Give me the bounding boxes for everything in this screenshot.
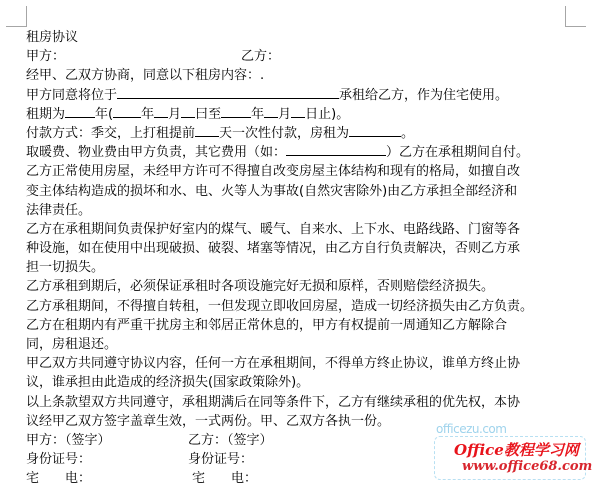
watermark-logo: officezu.com Office教程学习网 www.office68.co… bbox=[432, 422, 590, 482]
clause-line: 乙方在租期内有严重干扰房主和邻居正常休息的，甲方有权提前一周通知乙方解除合 bbox=[26, 316, 571, 335]
term-line: 租期为年(年月曰至年月日止)。 bbox=[26, 105, 571, 124]
term-text: 月 bbox=[278, 107, 291, 122]
clause-line: 乙方承租到期后，必须保证承租时各项设施完好无损和原样，否则赔偿经济损失。 bbox=[26, 277, 571, 296]
clause-compliance: 甲乙双方共同遵守协议内容，任何一方在承租期间，不得单方终止协议，谁单方终止协 议… bbox=[26, 354, 571, 392]
term-text: 月 bbox=[168, 107, 181, 122]
fees-text: ）乙方在承租期间自付。 bbox=[386, 145, 529, 160]
document-title: 租房协议 bbox=[26, 28, 571, 47]
clause-disturbance: 乙方在租期内有严重干扰房主和邻居正常休息的，甲方有权提前一周通知乙方解除合 同，… bbox=[26, 316, 571, 354]
end-day-blank[interactable] bbox=[291, 105, 305, 118]
location-suffix: 承租给乙方，作为住宅使用。 bbox=[339, 88, 508, 103]
clause-line: 乙方正常使用房屋，未经甲方许可不得擅自改变房屋主体结构和现有的格局，如擅自改 bbox=[26, 162, 571, 181]
clause-maintenance: 乙方在承租期间负责保护好室内的煤气、暖气、自来水、上下水、电路线路、门窗等各 种… bbox=[26, 220, 571, 278]
party-a-id: 身份证号： bbox=[26, 452, 91, 467]
term-text: 年( bbox=[95, 107, 113, 122]
clause-sublet: 乙方承租期间，不得擅自转租，一但发现立即收回房屋，造成一切经济损失由乙方负责。 bbox=[26, 297, 571, 316]
document-body[interactable]: 租房协议 甲方： 乙方： 经甲、乙双方协商，同意以下租房内容：. 甲方同意将位于… bbox=[26, 28, 571, 485]
end-month-blank[interactable] bbox=[264, 105, 278, 118]
party-b-phone: 宅 电： bbox=[192, 469, 257, 485]
clause-line: 担一切损失。 bbox=[26, 258, 571, 277]
rent-amount-blank[interactable] bbox=[349, 124, 401, 137]
party-a-label: 甲方： bbox=[26, 49, 65, 64]
page-corner-mark-top-right bbox=[565, 6, 586, 27]
clause-line: 乙方在承租期间负责保护好室内的煤气、暖气、自来水、上下水、电路线路、门窗等各 bbox=[26, 220, 571, 239]
party-b-signature: 乙方：（签字） bbox=[188, 431, 273, 450]
term-text: 日止)。 bbox=[305, 107, 349, 122]
page-corner-mark-top-left bbox=[6, 6, 27, 27]
payment-line: 付款方式：季交，上打租提前天一次性付款，房租为。 bbox=[26, 124, 571, 143]
fees-line: 取暖费、物业费由甲方负责，其它费用（如：）乙方在承租期间自付。 bbox=[26, 143, 571, 162]
end-year-blank[interactable] bbox=[221, 105, 251, 118]
clause-line: 法律责任。 bbox=[26, 201, 571, 220]
clause-expiry: 乙方承租到期后，必须保证承租时各项设施完好无损和原样，否则赔偿经济损失。 bbox=[26, 277, 571, 296]
term-text: 年 bbox=[141, 107, 154, 122]
intro-line: 经甲、乙双方协商，同意以下租房内容：. bbox=[26, 66, 571, 85]
fees-text: 取暖费、物业费由甲方负责，其它费用（如： bbox=[26, 145, 286, 160]
payment-text: 付款方式：季交，上打租提前 bbox=[26, 126, 195, 141]
clause-line: 同，房租退还。 bbox=[26, 335, 571, 354]
clause-line: 乙方承租期间，不得擅自转租，一但发现立即收回房屋，造成一切经济损失由乙方负责。 bbox=[26, 297, 571, 316]
term-text: 年 bbox=[251, 107, 264, 122]
clause-line: 议，谁承担由此造成的经济损失(国家政策除外)。 bbox=[26, 373, 571, 392]
party-line: 甲方： 乙方： bbox=[26, 47, 571, 66]
party-b-id: 身份证号： bbox=[188, 450, 253, 469]
clause-usage: 乙方正常使用房屋，未经甲方许可不得擅自改变房屋主体结构和现有的格局，如擅自改 变… bbox=[26, 162, 571, 220]
location-prefix: 甲方同意将位于 bbox=[26, 88, 117, 103]
watermark-site: officezu.com bbox=[436, 422, 506, 436]
start-year-blank[interactable] bbox=[113, 105, 141, 118]
other-fees-blank[interactable] bbox=[286, 143, 386, 156]
clause-line: 种设施，如在使用中出现破损、破裂、堵塞等情况，由乙方自行负责解决，否则乙方承 bbox=[26, 239, 571, 258]
start-month-blank[interactable] bbox=[154, 105, 168, 118]
party-b-label: 乙方： bbox=[241, 47, 280, 66]
party-a-signature: 甲方：（签字） bbox=[26, 433, 111, 448]
clause-line: 变主体结构造成的损坏和水、电、火等人为事故(自然灾害除外)由乙方承担全部经济和 bbox=[26, 182, 571, 201]
payment-text: 。 bbox=[401, 126, 414, 141]
party-a-phone: 宅 电： bbox=[26, 471, 91, 485]
watermark-brand: Office教程学习网 bbox=[454, 439, 579, 460]
location-blank[interactable] bbox=[117, 86, 339, 99]
clause-line: 以上条款望双方共同遵守，承租期满后在同等条件下，乙方有继续承租的优先权，本协 bbox=[26, 393, 571, 412]
term-text: 曰至 bbox=[195, 107, 221, 122]
term-text: 租期为 bbox=[26, 107, 65, 122]
clause-line: 甲乙双方共同遵守协议内容，任何一方在承租期间，不得单方终止协议，谁单方终止协 bbox=[26, 354, 571, 373]
payment-days-blank[interactable] bbox=[195, 124, 219, 137]
location-line: 甲方同意将位于承租给乙方，作为住宅使用。 bbox=[26, 86, 571, 105]
payment-text: 天一次性付款，房租为 bbox=[219, 126, 349, 141]
start-day-blank[interactable] bbox=[181, 105, 195, 118]
watermark-url: www.office68.com bbox=[462, 459, 592, 474]
term-years-blank[interactable] bbox=[65, 105, 95, 118]
